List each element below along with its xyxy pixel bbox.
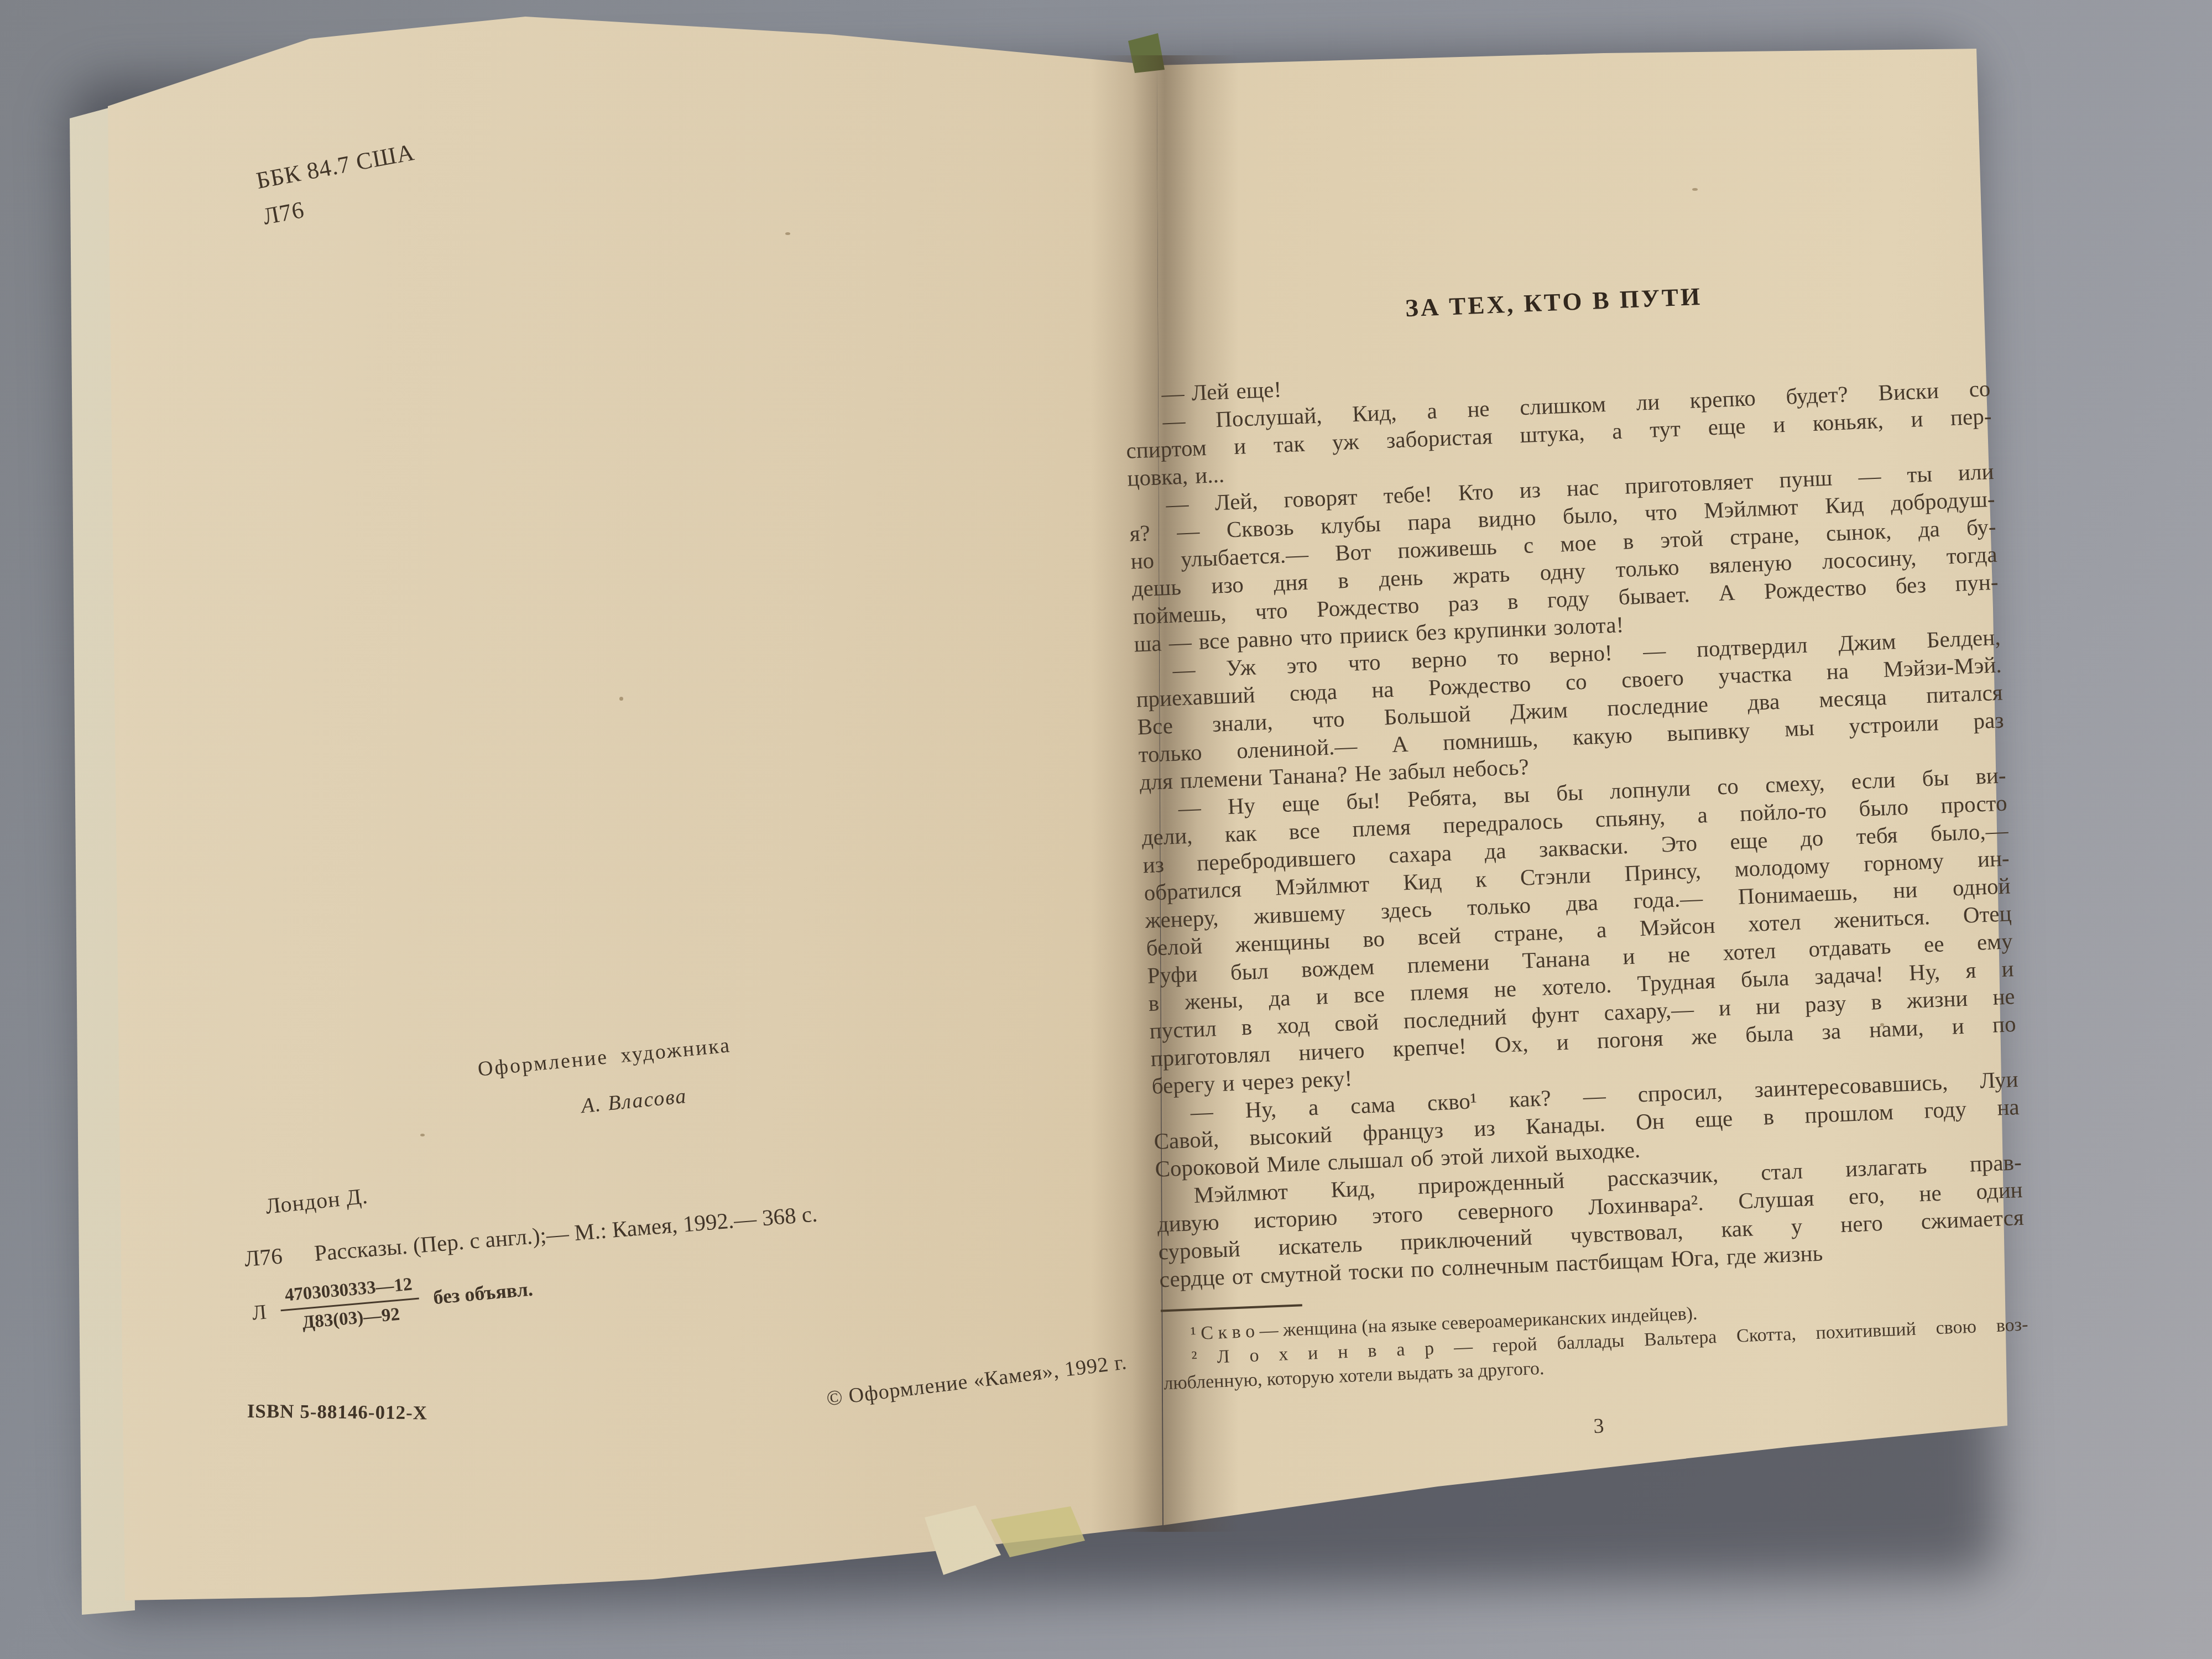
- formula-note: без объявл.: [432, 1277, 534, 1309]
- paper-speck: [420, 1134, 425, 1136]
- body-text: — Лей еще!— Послушай, Кид, а не слишком …: [1124, 347, 2026, 1293]
- isbn: ISBN 5-88146-012-X: [247, 1400, 428, 1424]
- photo-open-book: ББК 84.7 США Л76 Оформление художника А.…: [0, 0, 2212, 1659]
- paper-speck: [1692, 188, 1698, 191]
- paper-speck: [619, 697, 623, 701]
- right-page-column: ЗА ТЕХ, КТО В ПУТИ — Лей еще!— Послушай,…: [1120, 270, 2032, 1455]
- footnote-rule: [1161, 1304, 1302, 1312]
- paper-speck: [785, 232, 790, 235]
- formula-prefix: Л: [251, 1300, 268, 1325]
- catalog-code: Л76: [243, 1243, 283, 1272]
